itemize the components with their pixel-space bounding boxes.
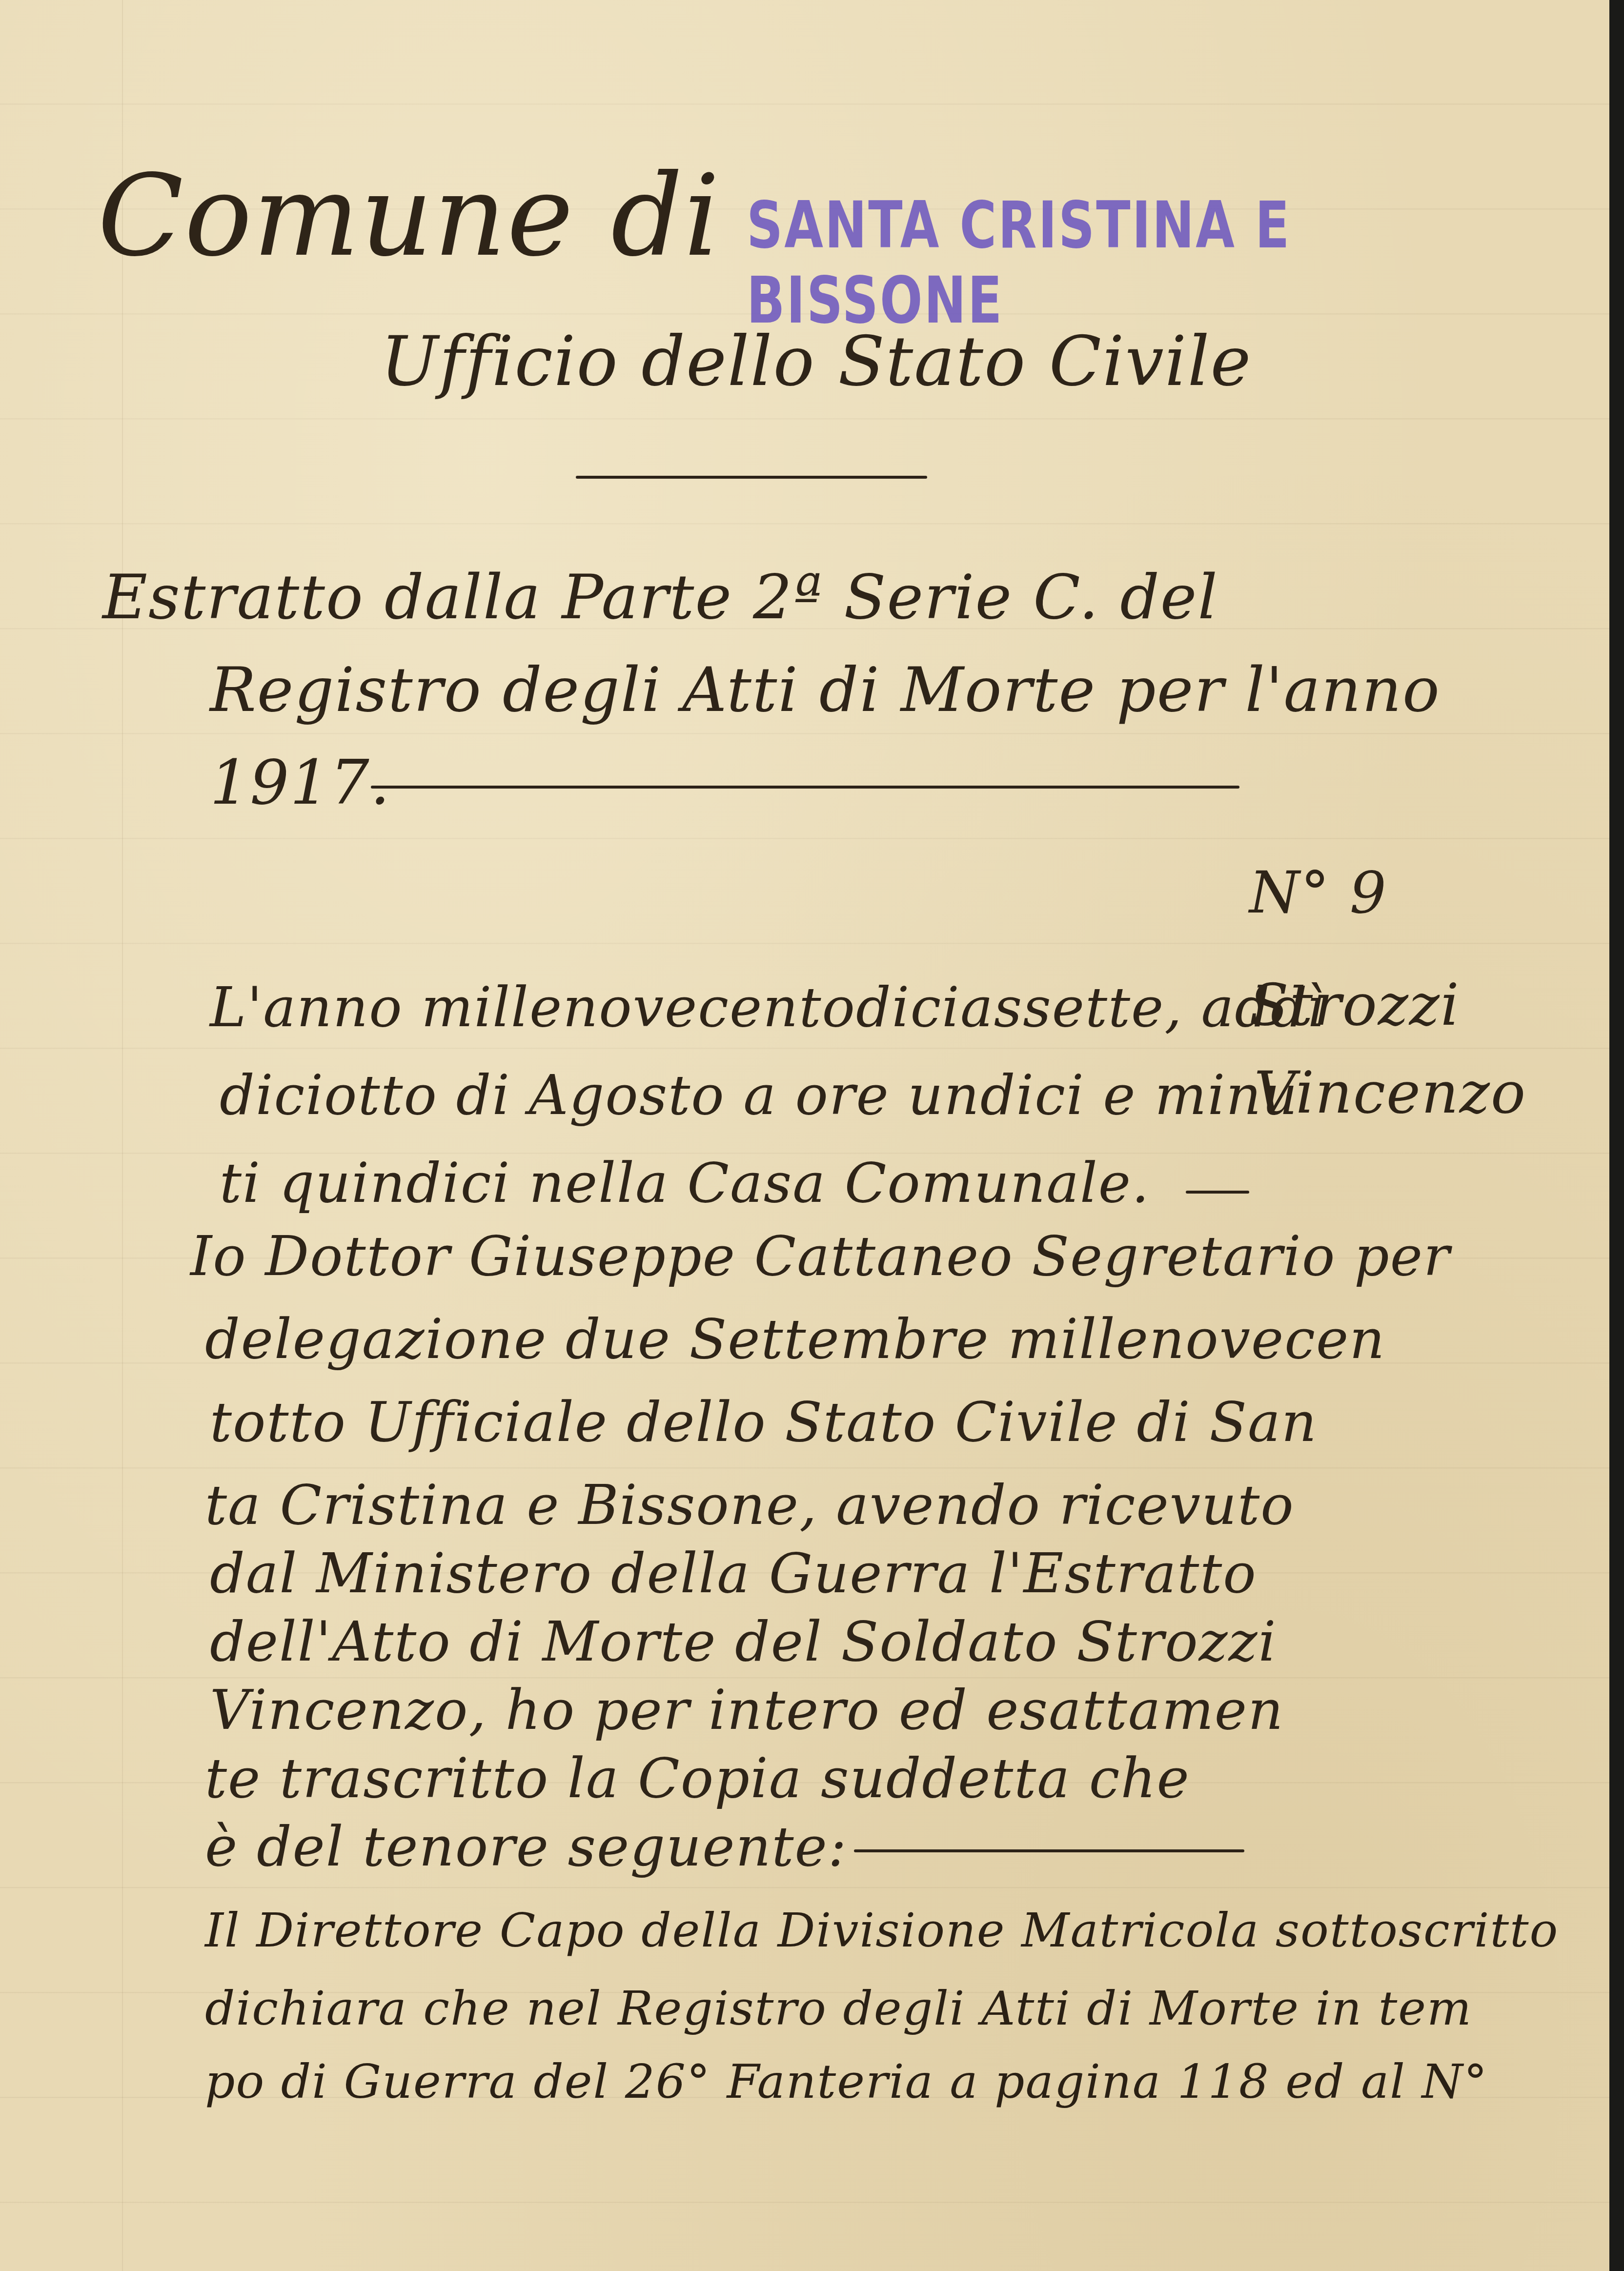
body-line: L'anno millenovecentodiciassette, addì — [210, 976, 1325, 1039]
line-filler — [854, 1849, 1244, 1852]
header-divider — [576, 476, 927, 479]
transcribed-line: dichiara che nel Registro degli Atti di … — [205, 1981, 1472, 2036]
transcribed-line: Il Direttore Capo della Divisione Matric… — [205, 1903, 1559, 1958]
commune-stamp: SANTA CRISTINA E BISSONE — [747, 188, 1431, 338]
body-line: ta Cristina e Bissone, avendo ricevuto — [205, 1474, 1295, 1537]
record-number: N° 9 — [1249, 859, 1387, 926]
scan-edge — [1609, 0, 1624, 2271]
body-line: totto Ufficiale dello Stato Civile di Sa… — [210, 1391, 1318, 1454]
transcribed-line: po di Guerra del 26° Fanteria a pagina 1… — [205, 2054, 1488, 2109]
line-filler — [1186, 1191, 1249, 1194]
body-line: te trascritto la Copia suddetta che — [205, 1747, 1190, 1810]
body-line: dal Ministero della Guerra l'Estratto — [210, 1542, 1257, 1605]
extract-heading-line2: Registro degli Atti di Morte per l'anno — [210, 654, 1441, 726]
body-line: delegazione due Settembre millenovecen — [205, 1308, 1385, 1371]
commune-prefix: Comune di — [98, 151, 721, 282]
body-line: dell'Atto di Morte del Soldato Strozzi — [210, 1610, 1277, 1674]
body-line: Io Dottor Giuseppe Cattaneo Segretario p… — [190, 1225, 1450, 1288]
extract-heading-line3: 1917. — [210, 747, 391, 818]
extract-heading-line1: Estratto dalla Parte 2ª Serie C. del — [102, 561, 1218, 633]
body-line: è del tenore seguente: — [205, 1815, 848, 1879]
heading-divider — [371, 786, 1239, 789]
body-line: Vincenzo, ho per intero ed esattamen — [210, 1679, 1284, 1742]
body-line: ti quindici nella Casa Comunale. — [220, 1152, 1150, 1215]
body-line: diciotto di Agosto a ore undici e minu — [220, 1064, 1299, 1127]
office-title: Ufficio dello Stato Civile — [381, 322, 1252, 402]
margin-rule — [122, 0, 123, 2271]
